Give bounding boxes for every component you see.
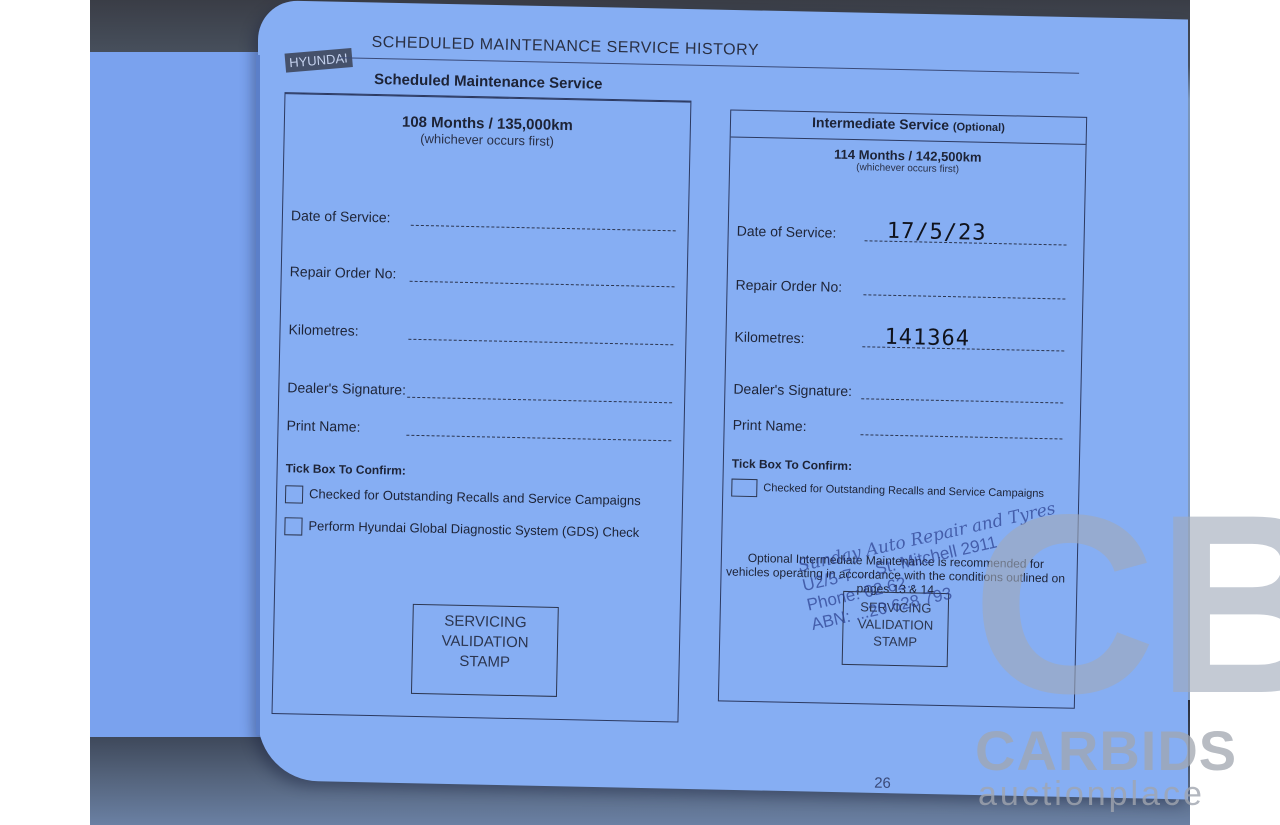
field-line: [410, 281, 675, 288]
tick-gds-check[interactable]: Perform Hyundai Global Diagnostic System…: [284, 517, 639, 542]
validation-stamp-box: SERVICING VALIDATION STAMP: [411, 604, 559, 697]
field-label: Print Name:: [733, 417, 807, 435]
tick-heading: Tick Box To Confirm:: [286, 461, 407, 478]
auctionplace-tagline: auctionplace: [978, 775, 1205, 814]
tick-recalls[interactable]: Checked for Outstanding Recalls and Serv…: [285, 485, 641, 510]
panel-rule: [731, 136, 1086, 144]
tick-heading: Tick Box To Confirm:: [732, 457, 853, 474]
handwritten-kilometres: 141364: [884, 325, 970, 352]
field-label: Date of Service:: [291, 207, 391, 225]
page-header-title: SCHEDULED MAINTENANCE SERVICE HISTORY: [371, 34, 759, 60]
field-line: [407, 397, 672, 404]
scheduled-service-panel: Scheduled Maintenance Service 108 Months…: [272, 92, 692, 722]
panel-title: Intermediate Service (Optional): [731, 112, 1086, 135]
field-label: Print Name:: [286, 417, 360, 435]
book-spine: [256, 55, 260, 735]
tick-label: Checked for Outstanding Recalls and Serv…: [309, 486, 641, 508]
field-date-of-service[interactable]: Date of Service: 17/5/23: [737, 219, 1067, 248]
handwritten-date: 17/5/23: [886, 219, 986, 246]
field-kilometres[interactable]: Kilometres: 141364: [734, 325, 1064, 354]
stamp-line: STAMP: [412, 651, 556, 674]
field-label: Kilometres:: [288, 321, 358, 338]
interval: 108 Months / 135,000km (whichever occurs…: [284, 111, 690, 151]
field-label: Kilometres:: [734, 329, 804, 346]
panel-rule: [285, 93, 690, 102]
field-repair-order[interactable]: Repair Order No:: [735, 273, 1065, 302]
field-line: [863, 294, 1065, 299]
field-label: Repair Order No:: [735, 277, 842, 295]
field-line: [860, 434, 1062, 439]
field-repair-order[interactable]: Repair Order No:: [290, 259, 675, 289]
field-line: [408, 339, 673, 346]
checkbox[interactable]: [284, 517, 302, 535]
field-label: Repair Order No:: [290, 263, 397, 281]
field-label: Dealer's Signature:: [287, 379, 406, 397]
tick-label: Perform Hyundai Global Diagnostic System…: [308, 518, 639, 540]
checkbox[interactable]: [731, 479, 757, 498]
field-line: [406, 435, 671, 442]
interval: 114 Months / 142,500km (whichever occurs…: [730, 144, 1085, 177]
field-date-of-service[interactable]: Date of Service:: [291, 203, 676, 233]
field-line: [861, 398, 1063, 403]
carbids-wordmark: CARBIDS: [975, 718, 1237, 783]
checkbox[interactable]: [285, 485, 303, 503]
panel-title-text: Intermediate Service: [812, 114, 949, 133]
field-label: Dealer's Signature:: [733, 381, 852, 399]
field-print-name[interactable]: Print Name:: [732, 413, 1062, 442]
stamp-line: STAMP: [843, 632, 947, 651]
field-dealer-signature[interactable]: Dealer's Signature:: [287, 375, 672, 405]
header-rule: [339, 57, 1079, 73]
left-page: [90, 52, 265, 737]
field-dealer-signature[interactable]: Dealer's Signature:: [733, 377, 1063, 406]
field-line: [411, 225, 676, 232]
field-label: Date of Service:: [737, 223, 837, 241]
field-kilometres[interactable]: Kilometres:: [288, 317, 673, 347]
panel-title: Scheduled Maintenance Service: [286, 69, 691, 94]
page-number: 26: [874, 775, 891, 792]
field-print-name[interactable]: Print Name:: [286, 413, 671, 443]
panel-title-suffix: (Optional): [953, 121, 1005, 134]
